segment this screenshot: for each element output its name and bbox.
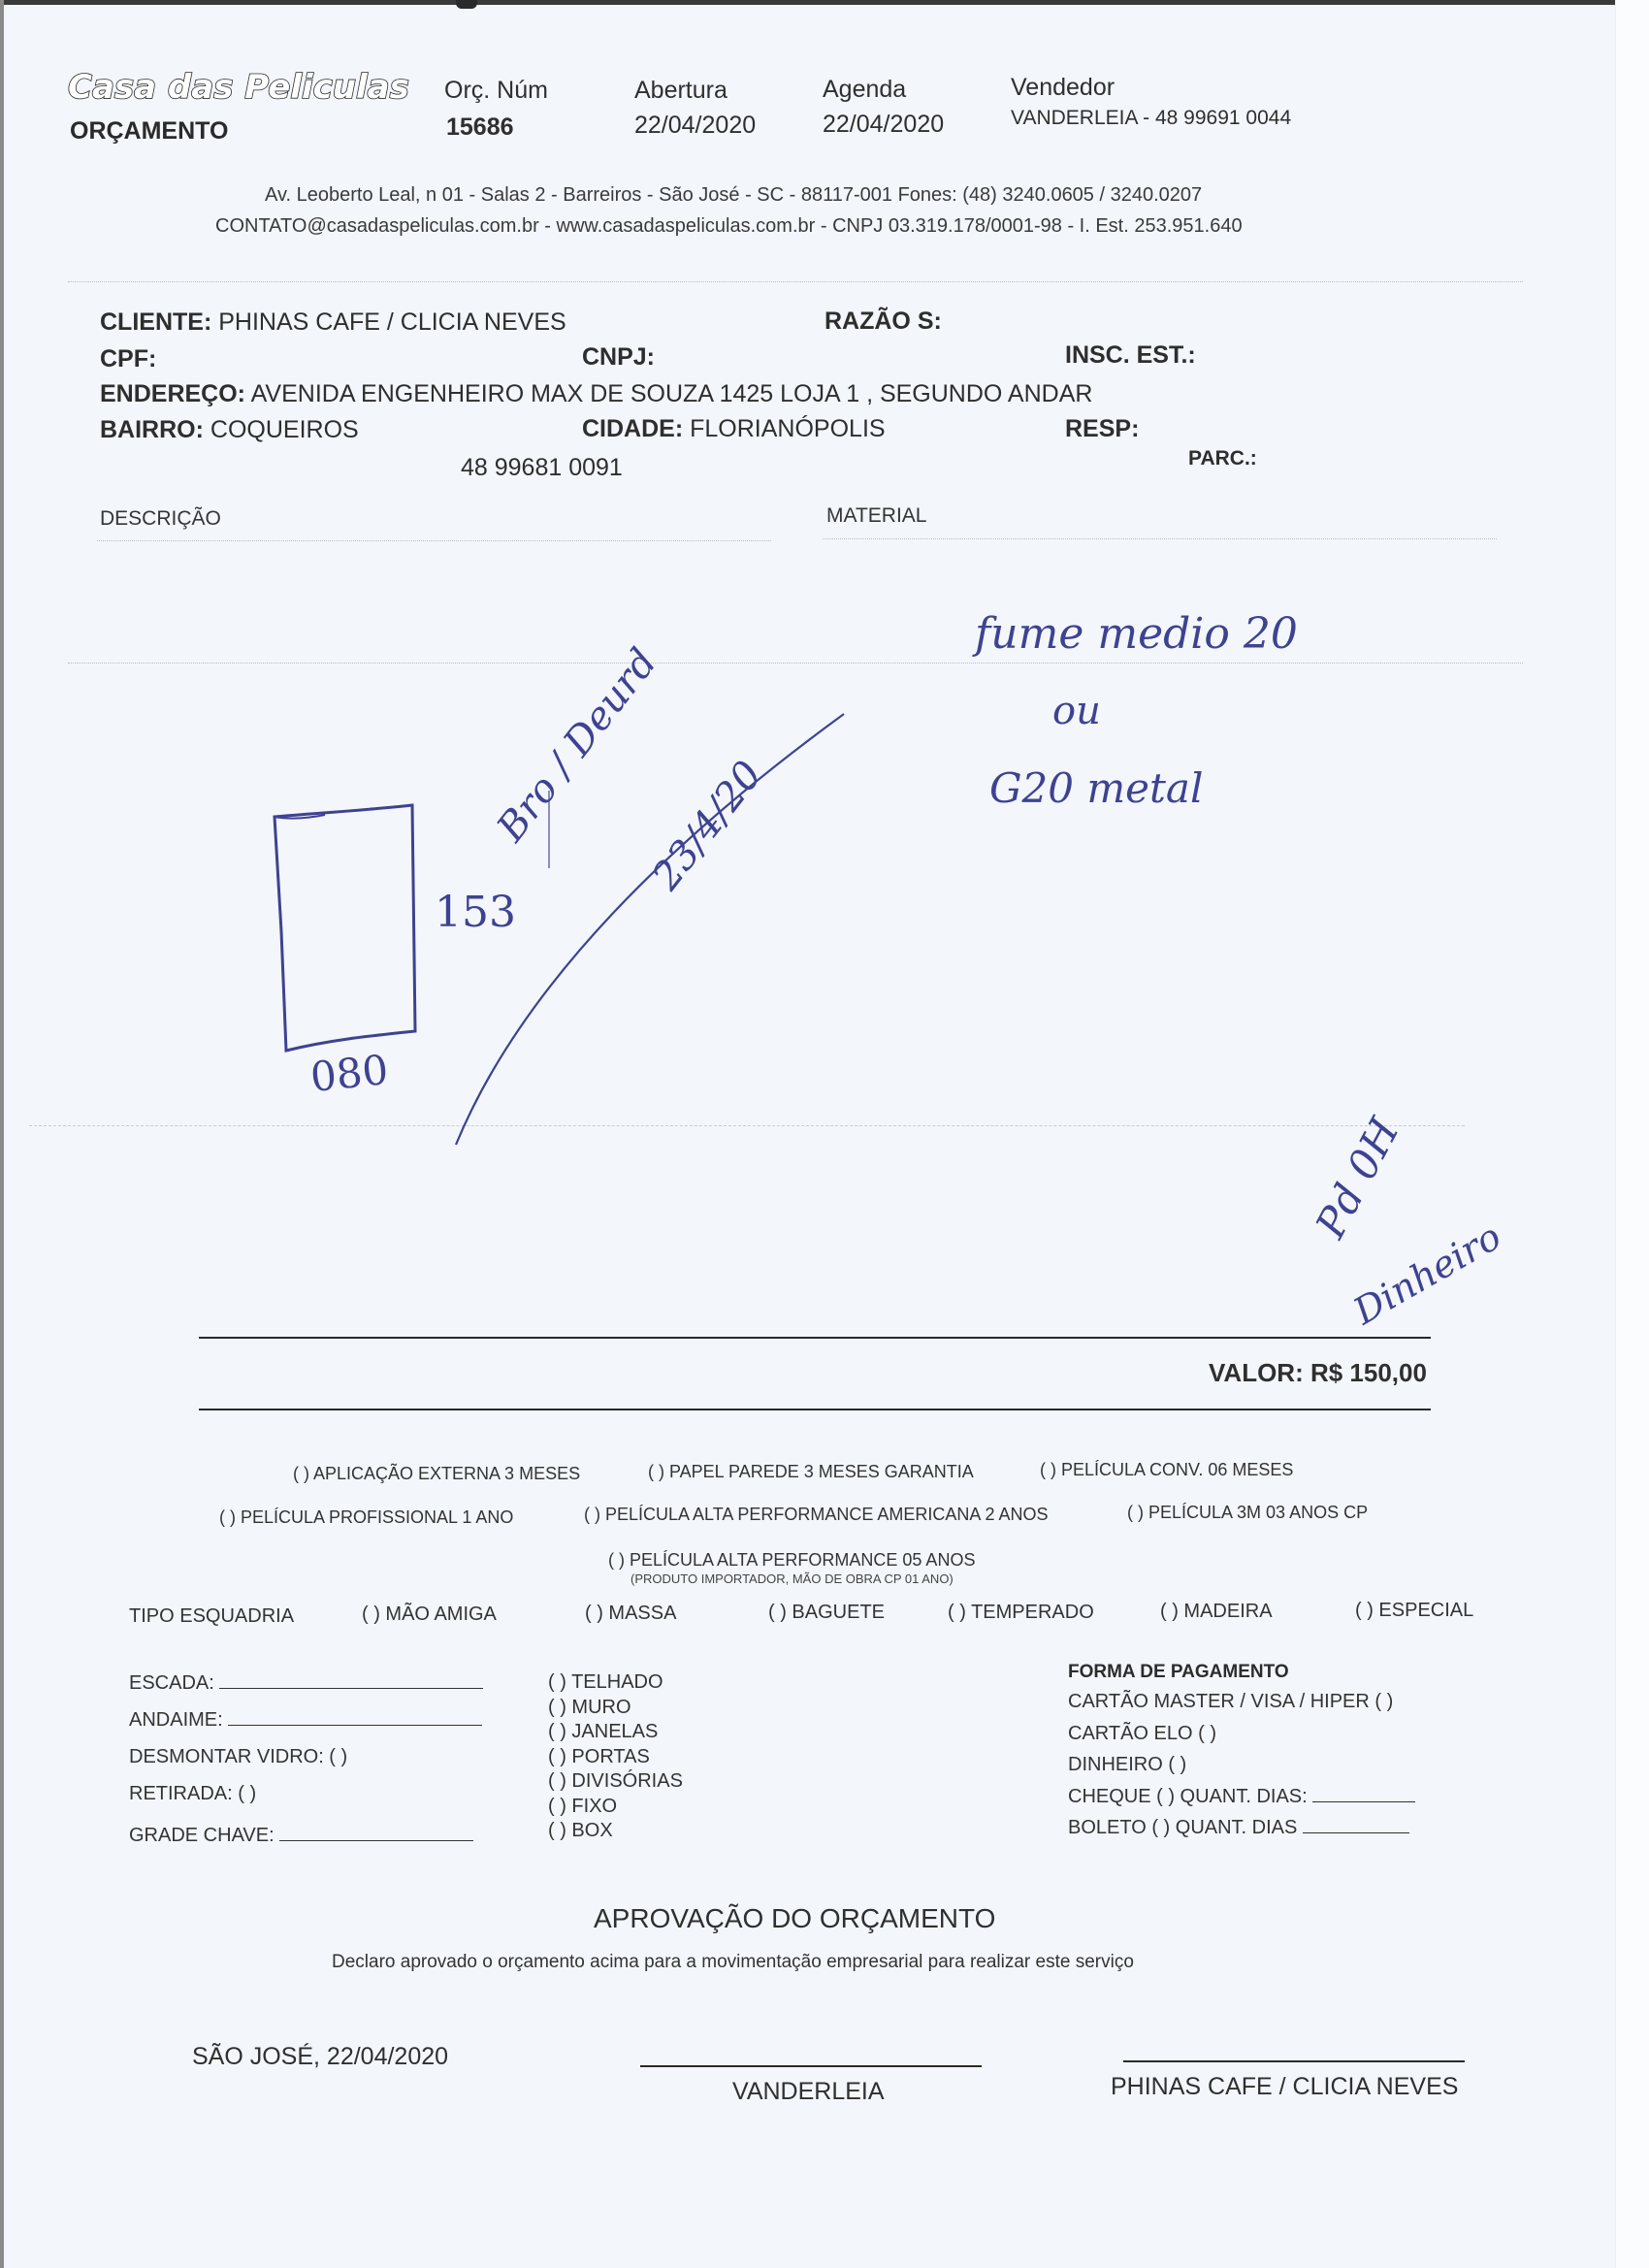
boleto-days-blank[interactable] (1303, 1815, 1409, 1833)
option-conventional-film[interactable]: ( ) PELÍCULA CONV. 06 MESES (1040, 1460, 1293, 1480)
handwritten-height: 153 (435, 888, 516, 937)
key-grid-field[interactable]: GRADE CHAVE: (129, 1823, 473, 1847)
option-external-application[interactable]: ( ) APLICAÇÃO EXTERNA 3 MESES (293, 1464, 580, 1484)
location-telhado[interactable]: ( ) TELHADO (548, 1670, 683, 1696)
client-signature-name: PHINAS CAFE / CLICIA NEVES (1111, 2073, 1458, 2101)
dismantle-glass-option[interactable]: DESMONTAR VIDRO: ( ) (129, 1746, 347, 1768)
option-3m-film[interactable]: ( ) PELÍCULA 3M 03 ANOS CP (1127, 1503, 1368, 1523)
seller-signature-name: VANDERLEIA (732, 2078, 885, 2106)
ladder-field[interactable]: ESCADA: (129, 1670, 483, 1695)
location-janelas[interactable]: ( ) JANELAS (548, 1720, 683, 1745)
key-grid-label: GRADE CHAVE: (129, 1825, 275, 1846)
payment-options: CARTÃO MASTER / VISA / HIPER ( ) CARTÃO … (1068, 1686, 1415, 1844)
approval-statement: Declaro aprovado o orçamento acima para … (332, 1952, 1134, 1973)
location-list: ( ) TELHADO ( ) MURO ( ) JANELAS ( ) POR… (548, 1670, 683, 1844)
total-label: VALOR: (1209, 1358, 1304, 1387)
total-rule-bottom (199, 1409, 1431, 1410)
ladder-label: ESCADA: (129, 1672, 214, 1694)
frame-option-temperado[interactable]: ( ) TEMPERADO (948, 1602, 1094, 1624)
handwritten-width: 080 (308, 1046, 391, 1101)
ladder-blank[interactable] (219, 1670, 483, 1689)
payment-boleto-label: BOLETO ( ) QUANT. DIAS (1068, 1817, 1297, 1838)
payment-boleto[interactable]: BOLETO ( ) QUANT. DIAS (1068, 1812, 1415, 1844)
location-portas[interactable]: ( ) PORTAS (548, 1745, 683, 1770)
place-date: SÃO JOSÉ, 22/04/2020 (192, 2043, 448, 2071)
location-box[interactable]: ( ) BOX (548, 1819, 683, 1844)
scaffold-label: ANDAIME: (129, 1709, 223, 1731)
payment-check-label: CHEQUE ( ) QUANT. DIAS: (1068, 1786, 1308, 1807)
scaffold-blank[interactable] (228, 1707, 482, 1726)
payment-elo-card[interactable]: CARTÃO ELO ( ) (1068, 1718, 1415, 1750)
check-days-blank[interactable] (1312, 1784, 1415, 1802)
frame-option-madeira[interactable]: ( ) MADEIRA (1160, 1601, 1273, 1623)
total-amount: R$ 150,00 (1310, 1358, 1427, 1387)
seller-signature-line[interactable] (640, 2065, 982, 2067)
location-divisorias[interactable]: ( ) DIVISÓRIAS (548, 1769, 683, 1795)
frame-option-especial[interactable]: ( ) ESPECIAL (1355, 1600, 1473, 1622)
payment-credit-card[interactable]: CARTÃO MASTER / VISA / HIPER ( ) (1068, 1686, 1415, 1718)
frame-type-label: TIPO ESQUADRIA (129, 1605, 294, 1628)
location-fixo[interactable]: ( ) FIXO (548, 1795, 683, 1820)
key-grid-blank[interactable] (279, 1823, 473, 1841)
payment-cash[interactable]: DINHEIRO ( ) (1068, 1749, 1415, 1781)
option-wallpaper[interactable]: ( ) PAPEL PAREDE 3 MESES GARANTIA (648, 1462, 974, 1482)
client-signature-line[interactable] (1123, 2060, 1465, 2062)
total-value: VALOR: R$ 150,00 (1209, 1358, 1427, 1388)
option-high-performance-5y[interactable]: ( ) PELÍCULA ALTA PERFORMANCE 05 ANOS (608, 1550, 975, 1571)
option-american-high-performance[interactable]: ( ) PELÍCULA ALTA PERFORMANCE AMERICANA … (584, 1505, 1048, 1525)
location-muro[interactable]: ( ) MURO (548, 1696, 683, 1721)
frame-option-baguete[interactable]: ( ) BAGUETE (768, 1602, 885, 1624)
frame-option-mao-amiga[interactable]: ( ) MÃO AMIGA (362, 1604, 497, 1626)
removal-option[interactable]: RETIRADA: ( ) (129, 1783, 256, 1805)
payment-check[interactable]: CHEQUE ( ) QUANT. DIAS: (1068, 1781, 1415, 1813)
option-high-performance-note: (PRODUTO IMPORTADOR, MÃO DE OBRA CP 01 A… (630, 1571, 954, 1586)
payment-title: FORMA DE PAGAMENTO (1068, 1662, 1289, 1683)
total-rule-top (199, 1337, 1431, 1339)
scaffold-field[interactable]: ANDAIME: (129, 1707, 482, 1732)
option-professional-film[interactable]: ( ) PELÍCULA PROFISSIONAL 1 ANO (219, 1507, 513, 1528)
approval-title: APROVAÇÃO DO ORÇAMENTO (594, 1903, 995, 1934)
frame-option-massa[interactable]: ( ) MASSA (585, 1603, 676, 1625)
